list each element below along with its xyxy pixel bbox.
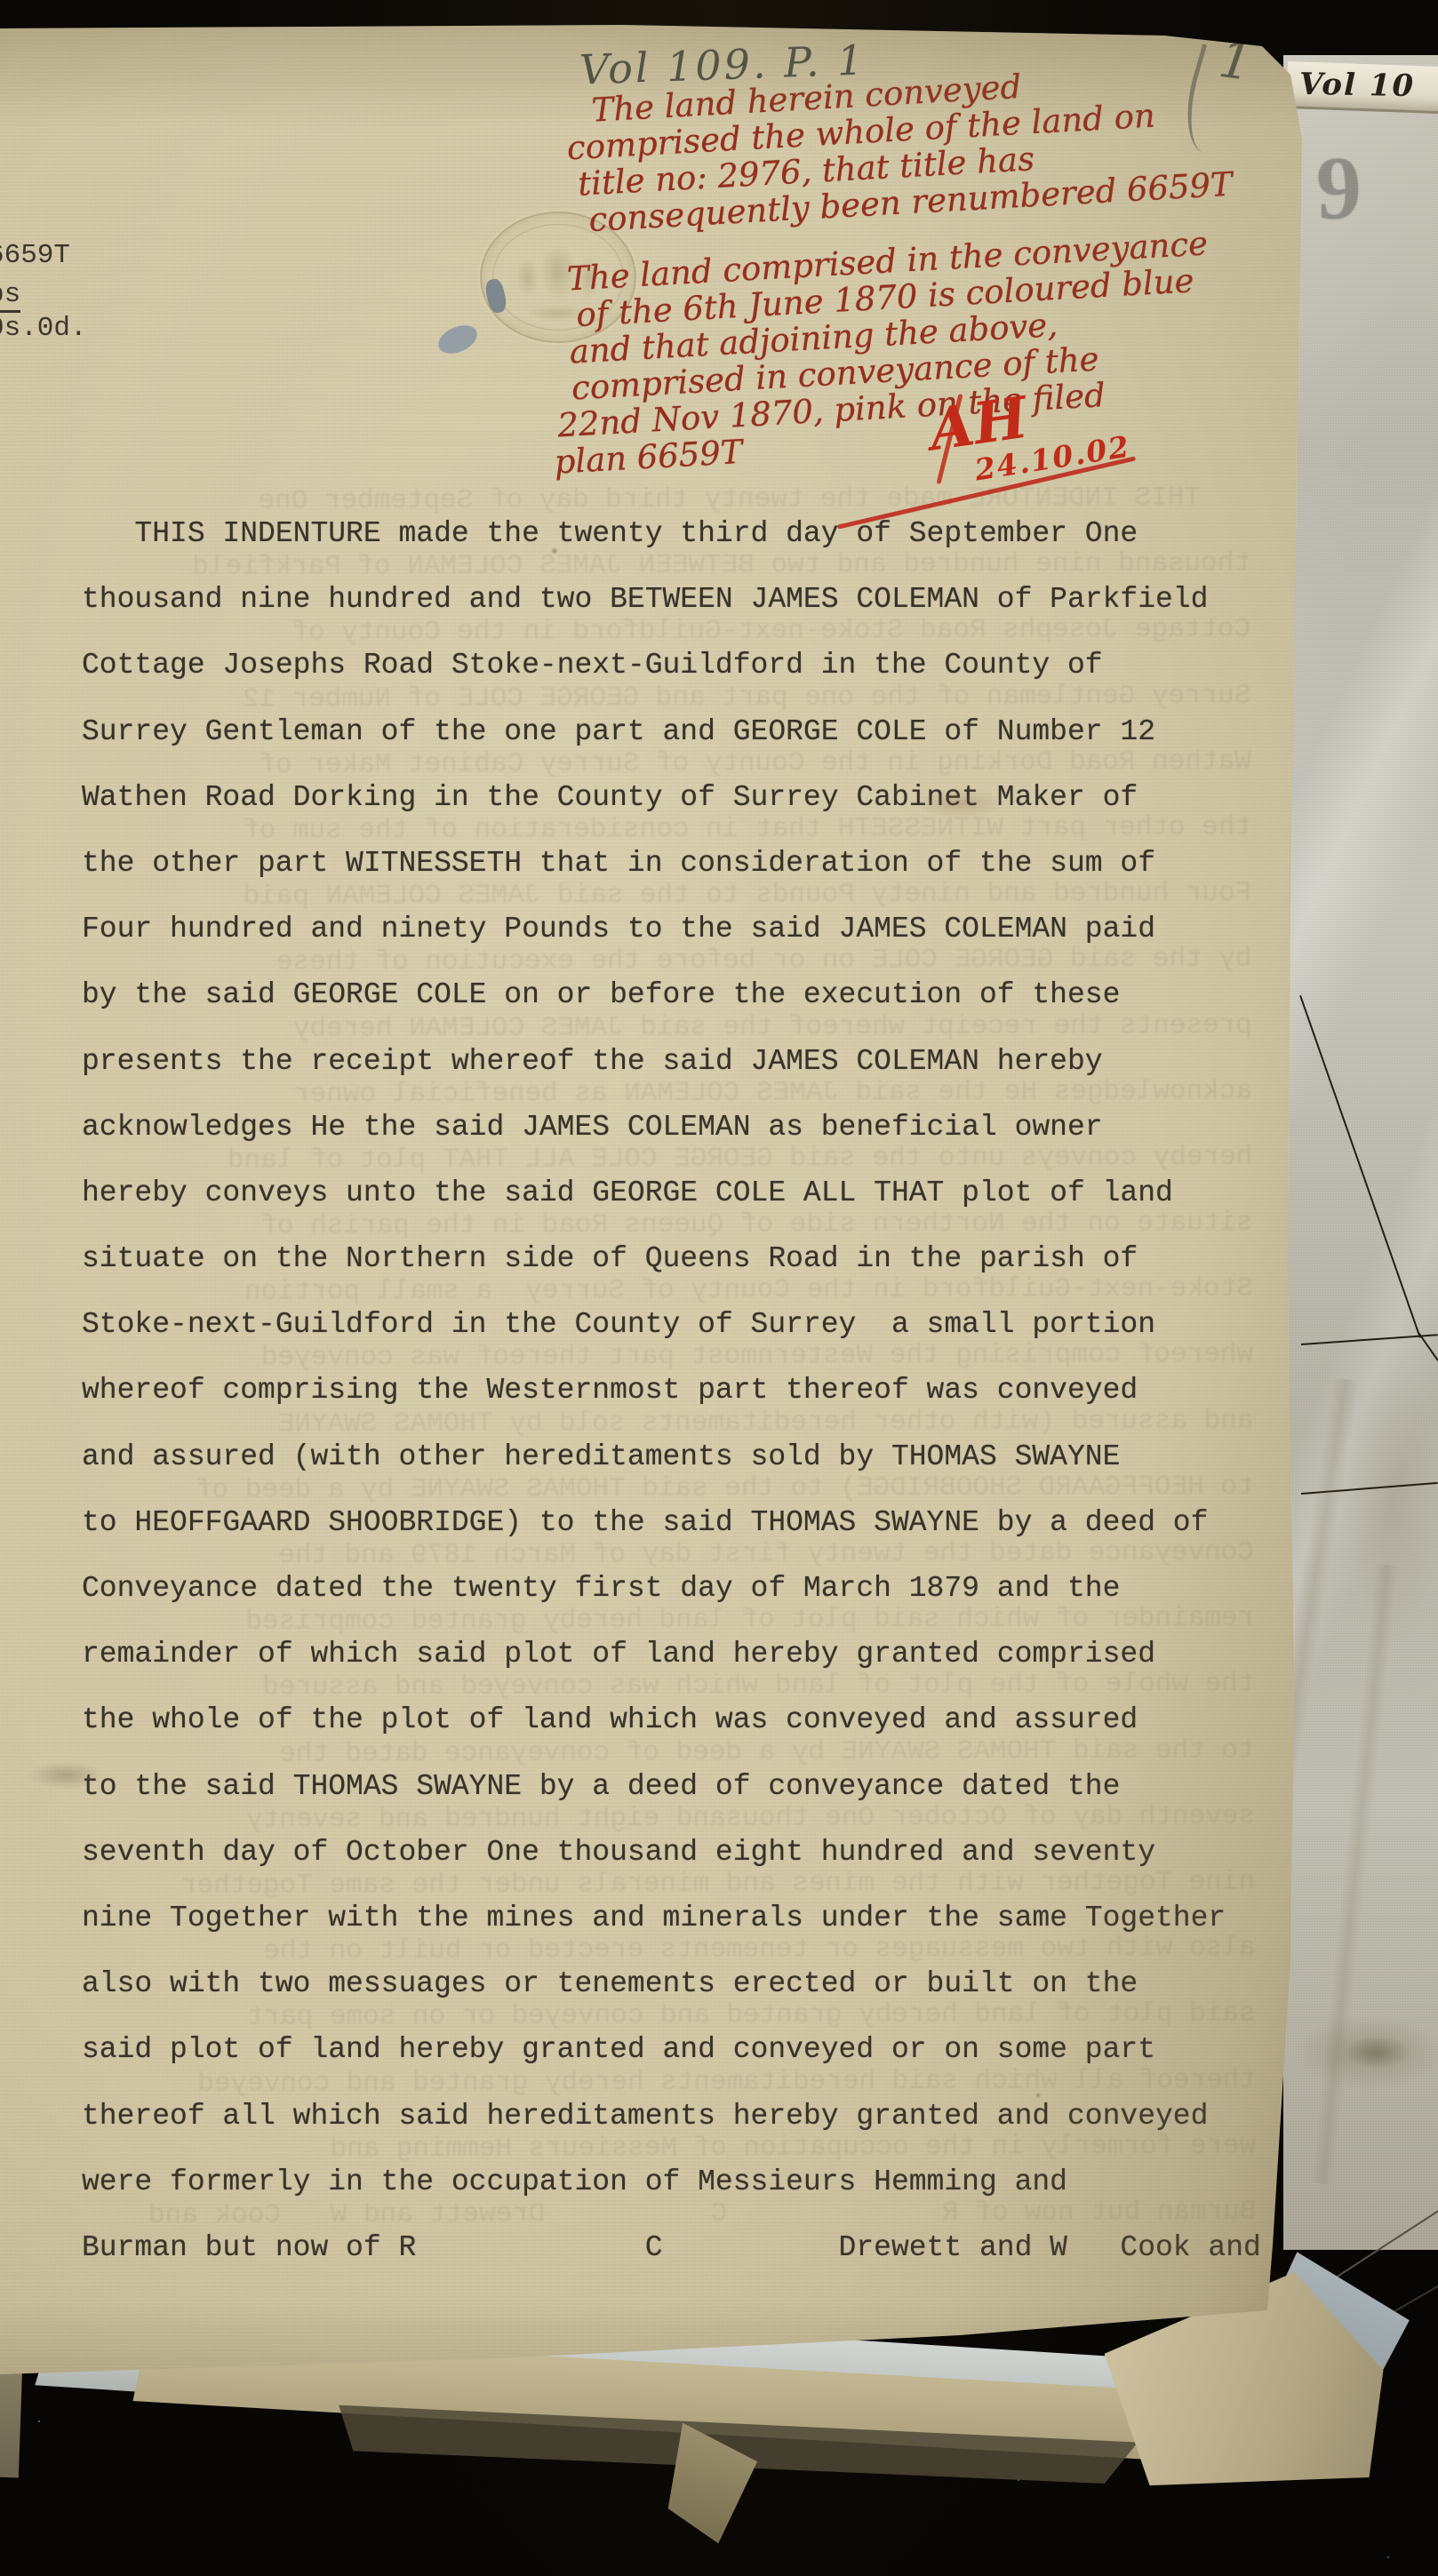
- typed-line: by the said GEORGE COLE on or before the…: [82, 962, 1299, 1028]
- typed-line: presents the receipt whereof the said JA…: [82, 1029, 1299, 1095]
- typed-line: thousand nine hundred and two BETWEEN JA…: [82, 567, 1299, 633]
- typed-line: acknowledges He the said JAMES COLEMAN a…: [82, 1095, 1299, 1160]
- typed-line: Four hundred and ninety Pounds to the sa…: [82, 897, 1299, 962]
- typed-line: Surrey Gentleman of the one part and GEO…: [82, 699, 1299, 765]
- typed-line: said plot of land hereby granted and con…: [82, 2017, 1299, 2083]
- spine-volume-label: Vol 10: [1299, 67, 1438, 105]
- deed-page: THIS INDENTURE made the twenty third day…: [0, 23, 1305, 2380]
- typed-line: and assured (with other hereditaments so…: [82, 1424, 1299, 1490]
- margin-title-number: 6659T: [0, 240, 70, 271]
- typed-line: whereof comprising the Westernmost part …: [82, 1358, 1299, 1424]
- typed-line: Cottage Josephs Road Stoke-next-Guildfor…: [82, 633, 1299, 698]
- deed-body-text: THIS INDENTURE made the twenty third day…: [82, 501, 1299, 2281]
- typed-line: hereby conveys unto the said GEORGE COLE…: [82, 1160, 1299, 1226]
- typed-line: Stoke-next-Guildford in the County of Su…: [82, 1292, 1299, 1358]
- scanned-deed-photograph: { "colors": { "paper": "#d2c8a6", "backg…: [0, 0, 1438, 2576]
- typed-line: the whole of the plot of land which was …: [82, 1687, 1299, 1753]
- typed-line: seventh day of October One thousand eigh…: [82, 1820, 1299, 1886]
- typed-line: were formerly in the occupation of Messi…: [82, 2149, 1299, 2215]
- typed-line: THIS INDENTURE made the twenty third day…: [82, 501, 1299, 567]
- spine-volume-strip: Vol 10: [1286, 61, 1438, 114]
- ink-speck: [434, 320, 481, 359]
- typed-line: Wathen Road Dorking in the County of Sur…: [82, 765, 1299, 831]
- typed-line: thereof all which said hereditaments her…: [82, 2084, 1299, 2149]
- margin-note-ps: ps: [0, 279, 20, 313]
- typed-line: remainder of which said plot of land her…: [82, 1622, 1299, 1687]
- typed-line: to the said THOMAS SWAYNE by a deed of c…: [82, 1754, 1299, 1820]
- typed-line: to HEOFFGAARD SHOOBRIDGE) to the said TH…: [82, 1490, 1299, 1556]
- typed-line: Burman but now of R C Drewett and W Cook…: [82, 2215, 1299, 2281]
- typed-line: Conveyance dated the twenty first day of…: [82, 1556, 1299, 1622]
- margin-consideration: 0s.0d.: [0, 313, 87, 344]
- typed-line: also with two messuages or tenements ere…: [82, 1951, 1299, 2017]
- typed-line: situate on the Northern side of Queens R…: [82, 1226, 1299, 1292]
- typed-line: the other part WITNESSETH that in consid…: [82, 831, 1299, 897]
- typed-line: nine Together with the mines and mineral…: [82, 1886, 1299, 1951]
